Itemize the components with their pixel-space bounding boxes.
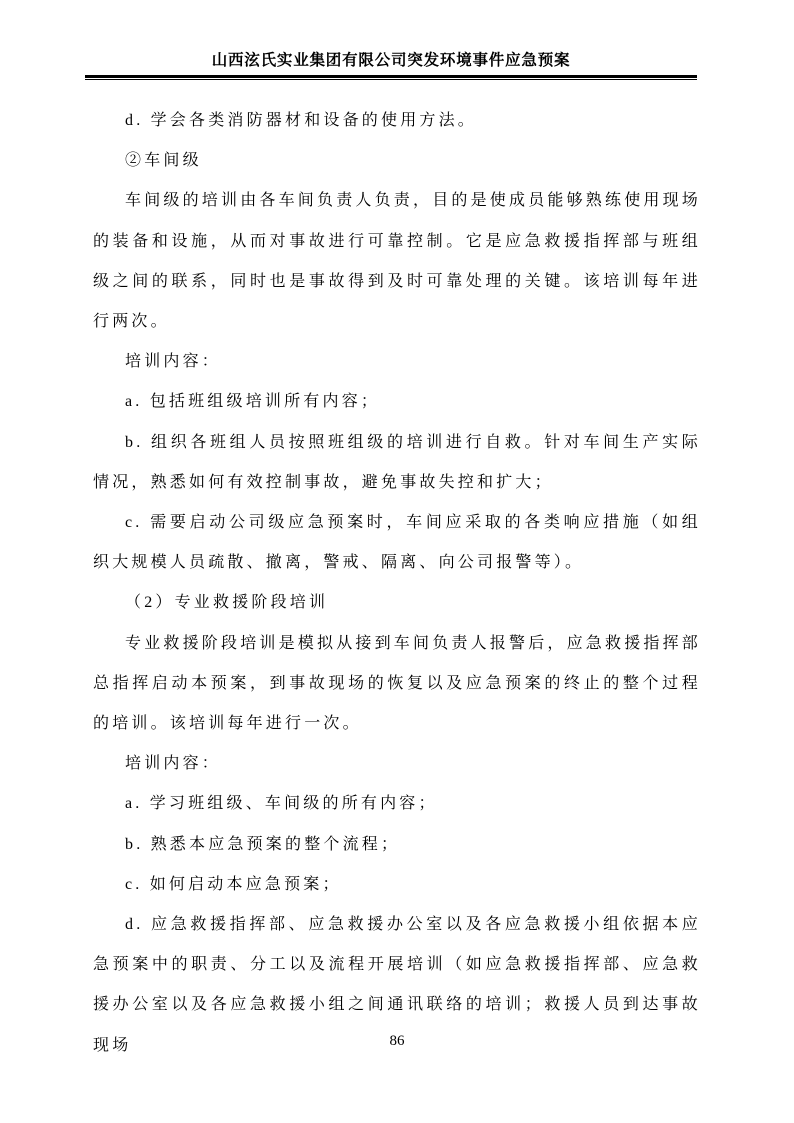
header-rule-thin-line: [85, 79, 697, 80]
paragraph: 车间级的培训由各车间负责人负责，目的是使成员能够熟练使用现场的装备和设施，从而对…: [93, 181, 701, 342]
paragraph: a. 学习班组级、车间级的所有内容；: [93, 784, 701, 824]
paragraph: c. 需要启动公司级应急预案时，车间应采取的各类响应措施（如组织大规模人员疏散、…: [93, 503, 701, 583]
paragraph: b. 组织各班组人员按照班组级的培训进行自救。针对车间生产实际情况，熟悉如何有效…: [93, 423, 701, 503]
paragraph: b. 熟悉本应急预案的整个流程；: [93, 825, 701, 865]
paragraph: 培训内容：: [93, 744, 701, 784]
paragraph: a. 包括班组级培训所有内容；: [93, 382, 701, 422]
document-page: 山西泫氏实业集团有限公司突发环境事件应急预案 d. 学会各类消防器材和设备的使用…: [0, 0, 794, 1123]
paragraph: 培训内容：: [93, 342, 701, 382]
document-body: d. 学会各类消防器材和设备的使用方法。 ②车间级 车间级的培训由各车间负责人负…: [93, 101, 701, 1066]
page-number: 86: [390, 1033, 405, 1049]
header-rule: [85, 75, 697, 80]
paragraph: c. 如何启动本应急预案；: [93, 865, 701, 905]
page-header: 山西泫氏实业集团有限公司突发环境事件应急预案: [85, 48, 697, 80]
paragraph: d. 学会各类消防器材和设备的使用方法。: [93, 101, 701, 141]
page-footer: 86: [0, 1031, 794, 1051]
paragraph: 专业救援阶段培训是模拟从接到车间负责人报警后，应急救援指挥部总指挥启动本预案，到…: [93, 624, 701, 745]
paragraph: （2）专业救援阶段培训: [93, 583, 701, 623]
header-title: 山西泫氏实业集团有限公司突发环境事件应急预案: [85, 48, 697, 75]
paragraph: ②车间级: [93, 141, 701, 181]
